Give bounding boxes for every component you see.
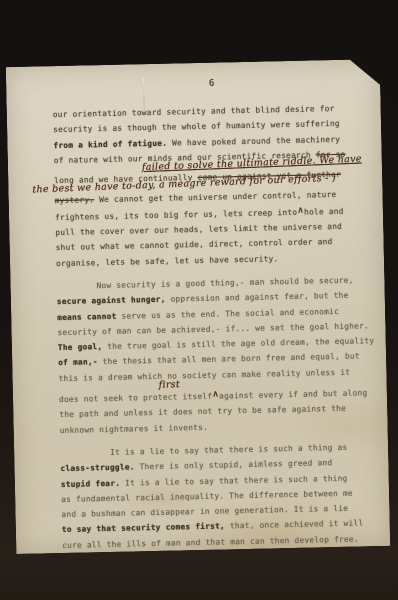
typed-segment: oppression and against fear, but the	[166, 291, 349, 304]
typed-segment: that, once achieved it will	[225, 519, 364, 531]
document-page: 6 our orientation toward security and th…	[6, 59, 391, 554]
typed-segment: serve us as the end. The social and econ…	[116, 306, 339, 320]
typescript-body: our orientation toward security and that…	[53, 100, 371, 553]
typed-segment: mystery.	[55, 196, 95, 206]
typed-segment: does not seek to protect itself	[59, 392, 212, 404]
typed-segment: of man,-	[58, 358, 98, 368]
photo-background: 6 our orientation toward security and th…	[0, 0, 398, 600]
typed-segment: organise, lets be safe, let us have secu…	[56, 254, 279, 268]
typed-segment: class-struggle.	[60, 463, 134, 474]
typed-segment: It is a lie to say that there is such a …	[110, 443, 347, 457]
typed-segment: There is only stupid, aimless greed and	[135, 458, 333, 471]
typed-segment: cure all the ills of man and that man ca…	[62, 534, 359, 549]
typed-segment: The goal,	[58, 342, 103, 352]
page-content: 6 our orientation toward security and th…	[6, 59, 391, 554]
typed-segment: secure against hunger,	[57, 295, 166, 306]
typed-segment: to say that security comes first,	[62, 522, 225, 535]
typed-segment: means cannot	[57, 311, 117, 321]
typed-segment: We have poked around the machinery	[167, 134, 340, 147]
typed-segment: from a kind of fatigue.	[53, 138, 167, 149]
typed-segment: It is a lie to say that there is such a …	[120, 473, 348, 487]
page-number: 6	[64, 75, 360, 92]
typed-segment: stupid fear.	[61, 478, 121, 488]
typed-segment: hole and	[304, 207, 344, 217]
typed-segment: against every if and but along	[219, 388, 367, 400]
typed-segment: unknown nightmares it invents.	[60, 422, 208, 434]
